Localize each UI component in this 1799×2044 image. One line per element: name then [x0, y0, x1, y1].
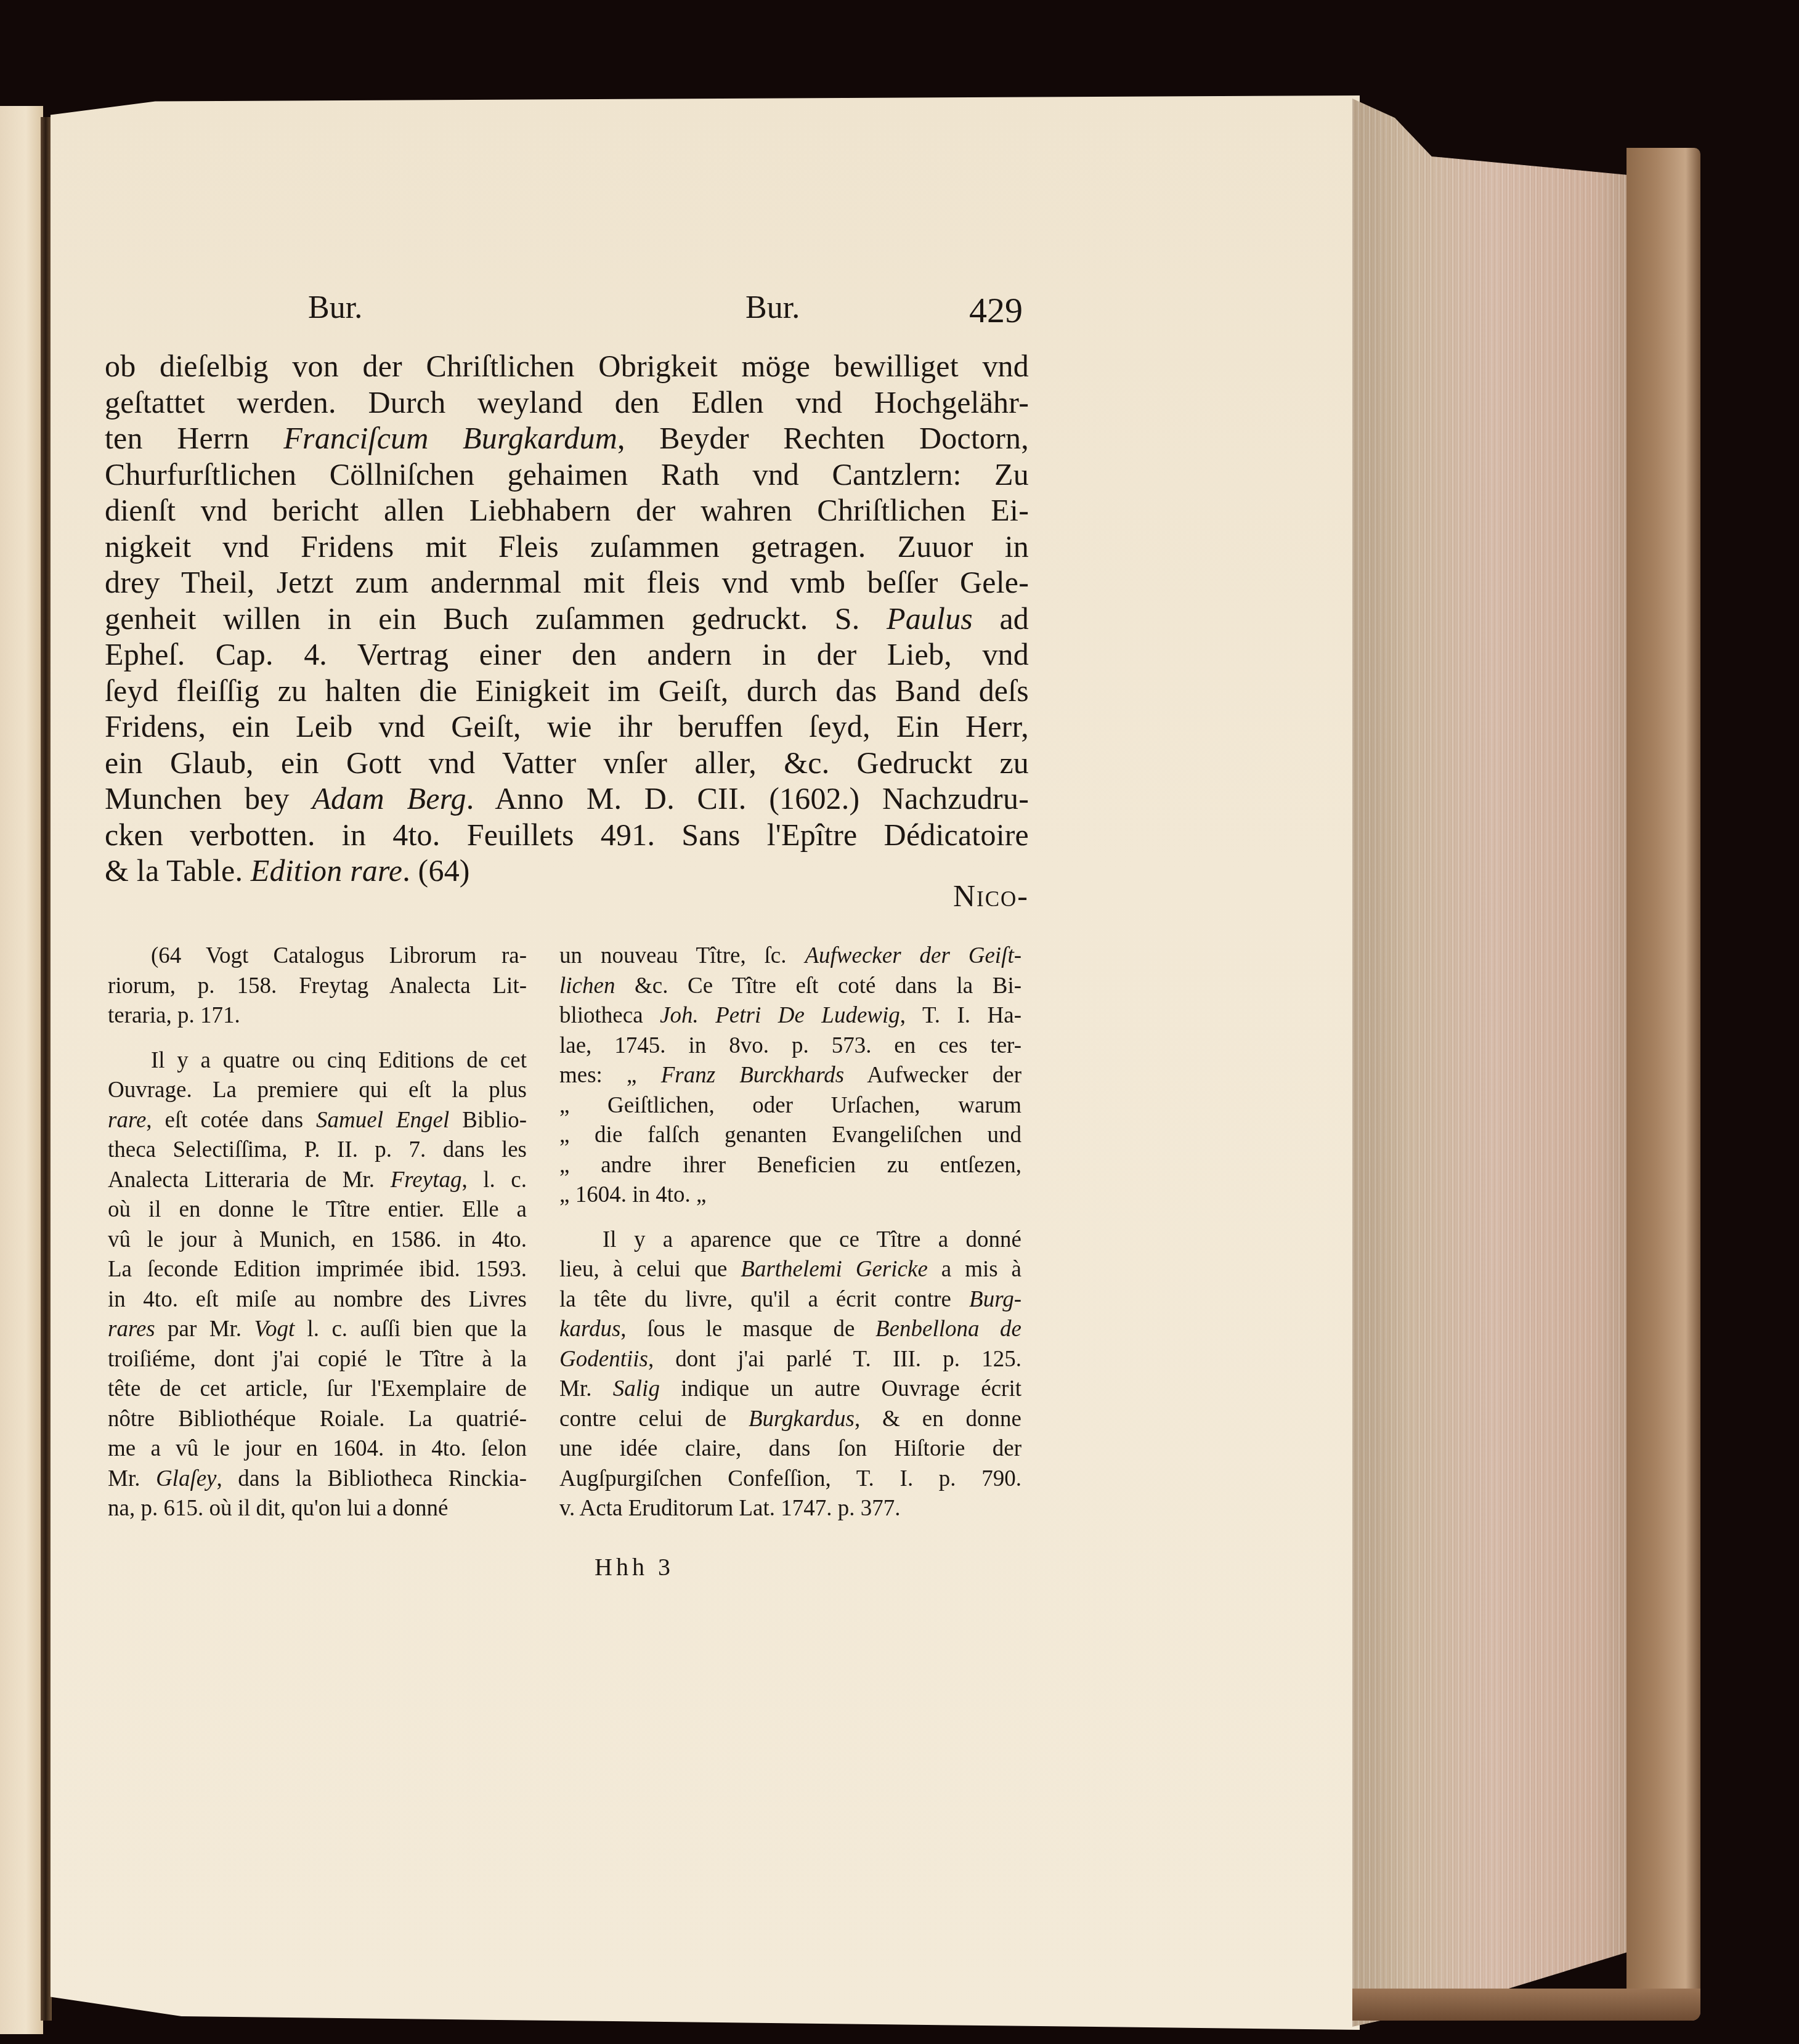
running-head-left: Bur. — [308, 290, 362, 326]
footnote-line: contre celui de Burgkardus, & en donne — [559, 1405, 1021, 1435]
main-text-line: ein Glaub, ein Gott vnd Vatter vnſer all… — [105, 745, 1029, 781]
footnote-line: riorum, p. 158. Freytag Analecta Lit- — [108, 971, 527, 1002]
main-text-line: ten Herrn Franciſcum Burgkardum, Beyder … — [105, 420, 1029, 456]
footnote-line: v. Acta Eruditorum Lat. 1747. p. 377. — [559, 1494, 1021, 1524]
footnote-line: rares par Mr. Vogt l. c. auſſi bien que … — [108, 1315, 527, 1345]
footnote-line: theca Selectiſſima, P. II. p. 7. dans le… — [108, 1135, 527, 1166]
footnote-line: na, p. 615. où il dit, qu'on lui a donné — [108, 1494, 527, 1524]
footnote-line: troiſiéme, dont j'ai copié le Tître à la — [108, 1345, 527, 1375]
catchword: Nico- — [912, 878, 1029, 914]
footnote-line: kardus, ſous le masque de Benbellona de — [559, 1315, 1021, 1345]
paragraph-gap — [108, 1031, 527, 1046]
main-text-line: dienſt vnd bericht allen Liebhabern der … — [105, 492, 1029, 529]
footnote-line: „ Geiſtlichen, oder Urſachen, warum — [559, 1091, 1021, 1121]
signature-mark: Hhh 3 — [595, 1552, 674, 1581]
footnote-line: une idée claire, dans ſon Hiſtorie der — [559, 1434, 1021, 1464]
footnote-line: Il y a quatre ou cinq Editions de cet — [108, 1046, 527, 1076]
footnote-line: La ſeconde Edition imprimée ibid. 1593. — [108, 1255, 527, 1285]
page-number: 429 — [969, 290, 1023, 331]
page-content: Bur. Bur. 429 ob dieſelbig von der Chriſ… — [0, 0, 1799, 2044]
footnote-line: me a vû le jour en 1604. in 4to. ſelon — [108, 1434, 527, 1464]
main-text-line: & la Table. Edition rare. (64) — [105, 853, 1029, 889]
paragraph-gap — [559, 1211, 1021, 1225]
footnote-line: tête de cet article, ſur l'Exemplaire de — [108, 1374, 527, 1405]
footnote-line: lichen &c. Ce Tître eſt coté dans la Bi- — [559, 971, 1021, 1002]
footnote-line: un nouveau Tître, ſc. Aufwecker der Geiſ… — [559, 941, 1021, 971]
main-text-line: ob dieſelbig von der Chriſtlichen Obrigk… — [105, 348, 1029, 384]
main-text-line: geſtattet werden. Durch weyland den Edle… — [105, 384, 1029, 421]
main-text-line: cken verbotten. in 4to. Feuillets 491. S… — [105, 817, 1029, 853]
footnote-line: rare, eſt cotée dans Samuel Engel Biblio… — [108, 1106, 527, 1136]
footnote-column-left: (64 Vogt Catalogus Librorum ra-riorum, p… — [108, 941, 527, 1524]
footnote-line: mes: „ Franz Burckhards Aufwecker der — [559, 1061, 1021, 1091]
footnote-line: Godentiis, dont j'ai parlé T. III. p. 12… — [559, 1345, 1021, 1375]
footnote-line: lae, 1745. in 8vo. p. 573. en ces ter- — [559, 1031, 1021, 1061]
footnote-line: vû le jour à Munich, en 1586. in 4to. — [108, 1225, 527, 1255]
footnote-line: Il y a aparence que ce Tître a donné — [559, 1225, 1021, 1255]
footnote-line: bliotheca Joh. Petri De Ludewig, T. I. H… — [559, 1001, 1021, 1031]
footnote-line: la tête du livre, qu'il a écrit contre B… — [559, 1285, 1021, 1315]
main-text-line: Churfurſtlichen Cöllniſchen gehaimen Rat… — [105, 456, 1029, 493]
footnote-line: (64 Vogt Catalogus Librorum ra- — [108, 941, 527, 971]
footnote-line: Augſpurgiſchen Confeſſion, T. I. p. 790. — [559, 1464, 1021, 1494]
main-text-line: ſeyd fleiſſig zu halten die Einigkeit im… — [105, 673, 1029, 709]
main-text-line: drey Theil, Jetzt zum andernmal mit flei… — [105, 564, 1029, 601]
footnote-line: in 4to. eſt miſe au nombre des Livres — [108, 1285, 527, 1315]
main-text-line: Munchen bey Adam Berg. Anno M. D. CII. (… — [105, 781, 1029, 817]
footnote-line: où il en donne le Tître entier. Elle a — [108, 1195, 527, 1225]
footnote-line: „ die falſch genanten Evangeliſchen und — [559, 1121, 1021, 1151]
footnote-line: teraria, p. 171. — [108, 1001, 527, 1031]
footnote-line: lieu, à celui que Barthelemi Gericke a m… — [559, 1255, 1021, 1285]
footnote-column-right: un nouveau Tître, ſc. Aufwecker der Geiſ… — [559, 941, 1021, 1524]
footnote-line: „ andre ihrer Beneficien zu entſezen, — [559, 1151, 1021, 1181]
running-head-center: Bur. — [745, 290, 800, 326]
main-text-line: nigkeit vnd Fridens mit Fleis zuſammen g… — [105, 529, 1029, 565]
footnote-line: Mr. Salig indique un autre Ouvrage écrit — [559, 1374, 1021, 1405]
footnote-line: nôtre Bibliothéque Roiale. La quatrié- — [108, 1405, 527, 1435]
footnote-line: Analecta Litteraria de Mr. Freytag, l. c… — [108, 1166, 527, 1196]
main-text-block: ob dieſelbig von der Chriſtlichen Obrigk… — [105, 348, 1029, 889]
footnote-line: Mr. Glaſey, dans la Bibliotheca Rinckia- — [108, 1464, 527, 1494]
footnote-line: „ 1604. in 4to. „ — [559, 1180, 1021, 1211]
main-text-line: genheit willen in ein Buch zuſammen gedr… — [105, 601, 1029, 637]
main-text-line: Epheſ. Cap. 4. Vertrag einer den andern … — [105, 636, 1029, 673]
footnote-line: Ouvrage. La premiere qui eſt la plus — [108, 1076, 527, 1106]
running-head: Bur. Bur. 429 — [105, 290, 1023, 339]
main-text-line: Fridens, ein Leib vnd Geiſt, wie ihr ber… — [105, 708, 1029, 745]
